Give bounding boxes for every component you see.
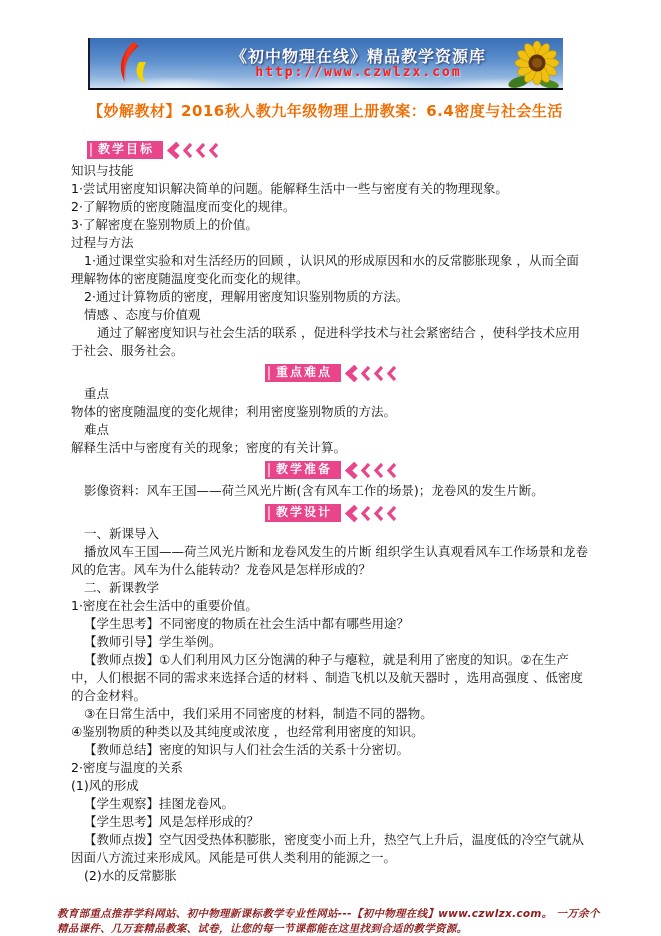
- page-title: 【妙解教材】2016秋人教九年级物理上册教案：6.4密度与社会生活: [88, 100, 661, 121]
- chevron-left-icon: [345, 365, 397, 382]
- sunflower-icon: [505, 40, 561, 88]
- section-badge: 教学准备: [265, 461, 341, 479]
- section-badge: 教学目标: [87, 141, 163, 159]
- banner-site-title: 《初中物理在线》精品教学资源库: [154, 48, 563, 66]
- section-header-preparation: 教学准备: [71, 461, 591, 479]
- text-line: 知识与技能: [71, 162, 591, 180]
- text-line: (1)风的形成: [71, 777, 591, 795]
- section-header-key-points: 重点难点: [71, 364, 591, 382]
- text-line: 【学生观察】挂图龙卷风。: [71, 795, 591, 813]
- text-line: 1·尝试用密度知识解决简单的问题。能解释生活中一些与密度有关的物理现象。: [71, 180, 591, 198]
- banner-site-url[interactable]: http://www.czwlzx.com: [154, 66, 563, 80]
- text-line: 2·了解物质的密度随温度而变化的规律。: [71, 198, 591, 216]
- text-line: (2)水的反常膨胀: [71, 867, 591, 885]
- document-body: 教学目标 知识与技能 1·尝试用密度知识解决简单的问题。能解释生活中一些与密度有…: [71, 141, 591, 885]
- text-line: 难点: [71, 421, 591, 439]
- chevron-left-icon: [167, 142, 219, 159]
- text-line: 【教师总结】密度的知识与人们社会生活的关系十分密切。: [71, 741, 591, 759]
- text-line: 1·密度在社会生活中的重要价值。: [71, 597, 591, 615]
- text-line: 播放风车王国——荷兰风光片断和龙卷风发生的片断 组织学生认真观看风车工作场景和龙…: [71, 543, 591, 579]
- text-line: 一、新课导入: [71, 525, 591, 543]
- site-banner: 《初中物理在线》精品教学资源库 http://www.czwlzx.com: [88, 38, 563, 90]
- text-line: 2·密度与温度的关系: [71, 759, 591, 777]
- text-line: 重点: [71, 385, 591, 403]
- text-line: 【学生思考】不同密度的物质在社会生活中都有哪些用途？: [71, 615, 591, 633]
- text-line: 【教师引导】学生举例。: [71, 633, 591, 651]
- text-line: 解释生活中与密度有关的现象；密度的有关计算。: [71, 439, 591, 457]
- text-line: 2·通过计算物质的密度，理解用密度知识鉴别物质的方法。: [71, 288, 591, 306]
- text-line: 【教师点拨】①人们利用风力区分饱满的种子与瘪粒，就是利用了密度的知识。②在生产中…: [71, 651, 591, 705]
- section-header-objectives: 教学目标: [71, 141, 591, 159]
- chevron-left-icon: [345, 505, 397, 522]
- footer-note: 教育部重点推荐学科网站、初中物理新课标教学专业性网站---【初中物理在线】www…: [57, 907, 603, 936]
- section-badge: 重点难点: [265, 364, 341, 382]
- text-line: 1·通过课堂实验和对生活经历的回顾 ，认识风的形成原因和水的反常膨胀现象 ，从而…: [71, 252, 591, 288]
- text-line: 情感 、态度与价值观: [71, 306, 591, 324]
- text-line: 影像资料：风车王国——荷兰风光片断(含有风车工作的场景)；龙卷风的发生片断。: [71, 482, 591, 500]
- section-badge: 教学设计: [265, 504, 341, 522]
- text-line: 物体的密度随温度的变化规律；利用密度鉴别物质的方法。: [71, 403, 591, 421]
- document-page: 《初中物理在线》精品教学资源库 http://www.czwlzx.com: [0, 0, 661, 936]
- banner-text: 《初中物理在线》精品教学资源库 http://www.czwlzx.com: [154, 48, 563, 80]
- text-line: 通过了解密度知识与社会生活的联系 ，促进科学技术与社会紧密结合 ，使科学技术应用…: [71, 324, 591, 360]
- flame-logo-icon: [112, 40, 154, 86]
- text-line: 3·了解密度在鉴别物质上的价值。: [71, 216, 591, 234]
- text-line: 【学生思考】风是怎样形成的？: [71, 813, 591, 831]
- text-line: ④鉴别物质的种类以及其纯度或浓度 ，也经常利用密度的知识。: [71, 723, 591, 741]
- chevron-left-icon: [345, 462, 397, 479]
- section-header-design: 教学设计: [71, 504, 591, 522]
- text-line: 二、新课教学: [71, 579, 591, 597]
- text-line: 【教师点拨】空气因受热体积膨胀，密度变小而上升，热空气上升后，温度低的冷空气就从…: [71, 831, 591, 867]
- text-line: ③在日常生活中，我们采用不同密度的材料，制造不同的器物。: [71, 705, 591, 723]
- text-line: 过程与方法: [71, 234, 591, 252]
